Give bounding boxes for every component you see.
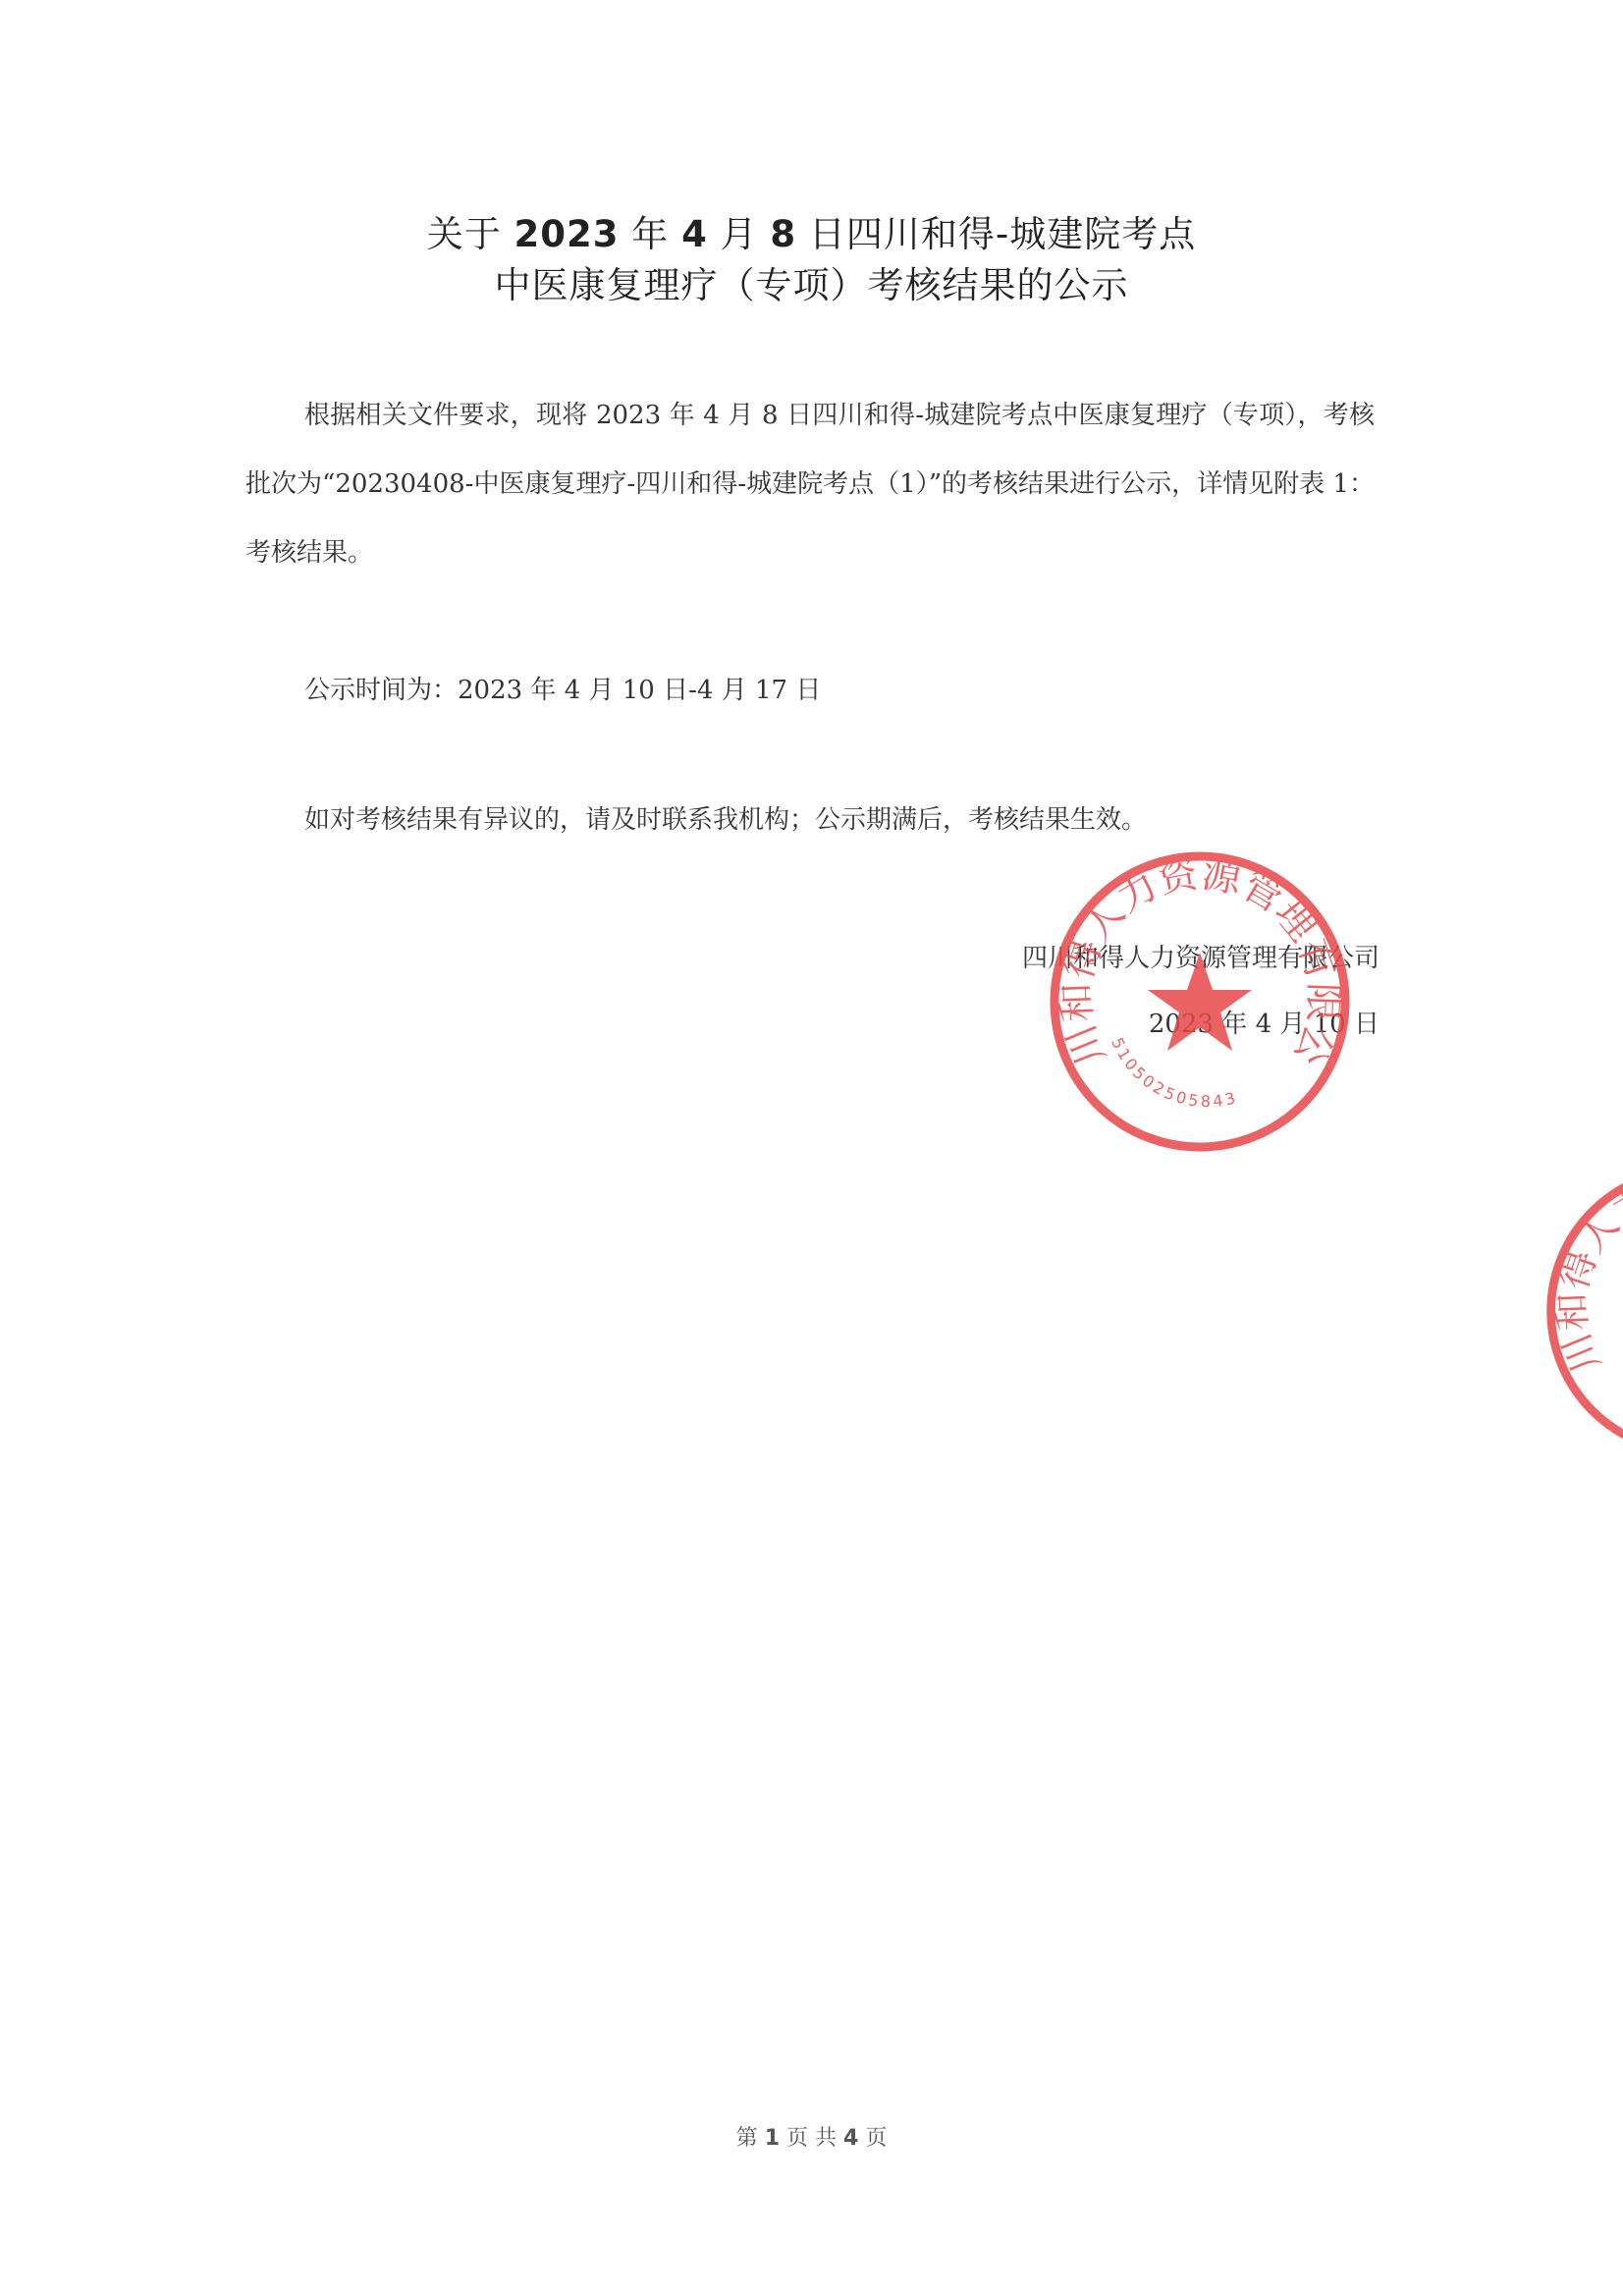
company-seal: 四川和得人力资源管理有限公司 5105025058433 [1043,845,1357,1159]
seal-text: 四川和得人力资源管理有限公司 [1540,1159,1623,1379]
paragraph-announcement: 根据相关文件要求，现将 2023 年 4 月 8 日四川和得-城建院考点中医康复… [245,381,1375,587]
page-title-line2: 中医康复理疗（专项）考核结果的公示 [0,255,1623,308]
seal-ring [1055,856,1345,1147]
seal-code: 5105025058433 [1043,845,1240,1111]
signature-date: 2023 年 4 月 10 日 [1149,1004,1380,1040]
paragraph-period: 公示时间为：2023 年 4 月 10 日-4 月 17 日 [245,656,1375,725]
paragraph-objection: 如对考核结果有异议的，请及时联系我机构；公示期满后，考核结果生效。 [245,786,1375,854]
page-title-line1: 关于 2023 年 4 月 8 日四川和得-城建院考点 [0,204,1623,257]
signature-organization: 四川和得人力资源管理有限公司 [1022,938,1380,974]
page-footer: 第 1 页 共 4 页 [0,2121,1623,2152]
current-page-number: 1 [765,2126,780,2151]
company-seal-partial: 四川和得人力资源管理有限公司 [1540,1159,1623,1463]
seal-ring [1551,1171,1623,1452]
total-page-count: 4 [843,2126,858,2151]
